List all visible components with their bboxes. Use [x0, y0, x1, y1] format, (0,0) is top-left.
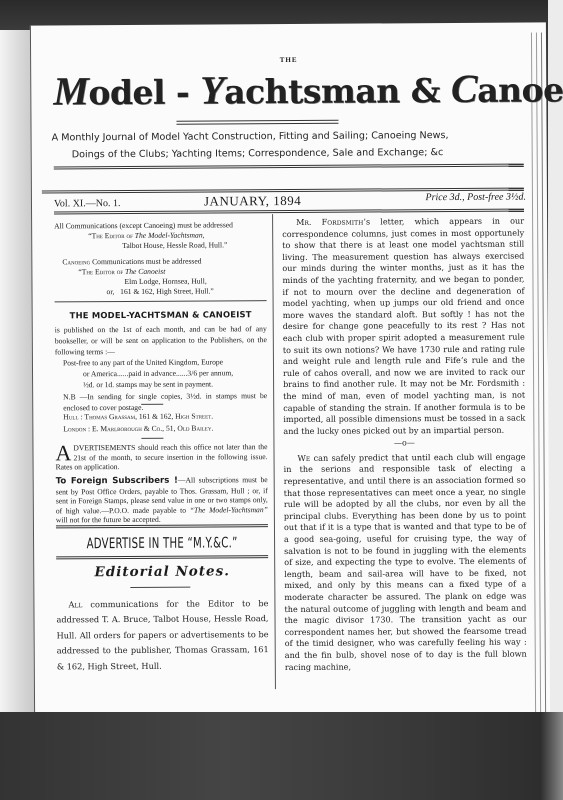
article-paragraph: We can safely predict that until each cl… [284, 451, 527, 673]
masthead-subtitle: A Monthly Journal of Model Yacht Constru… [52, 127, 532, 164]
section-separator: —o— [283, 437, 525, 450]
column-divider [272, 214, 276, 689]
editorial-notes-heading: Editorial Notes. [56, 563, 268, 580]
article-paragraph: Mr. Fordsmith’s letter, which appears in… [282, 216, 525, 438]
title-underline [176, 120, 338, 125]
page-edge-line [541, 32, 546, 712]
publishers-block: Hull : Thomas Grassam, 161 & 162, High S… [55, 410, 267, 434]
scanner-border-right [548, 0, 563, 800]
publication-info: is published on the 1st of each month, a… [55, 323, 268, 413]
scanner-border-left [0, 30, 34, 712]
divider [130, 587, 190, 588]
advertise-rule-top [56, 524, 268, 528]
divider [55, 300, 267, 302]
editorial-notes-body: All communications for the Editor to be … [56, 596, 268, 674]
advertisements-notice: ADVERTISEMENTS should reach this office … [55, 442, 267, 472]
page-edge-line [531, 33, 536, 713]
issue-price: Price 3d., Post-free 3½d. [425, 192, 526, 204]
issue-date: JANUARY, 1894 [204, 193, 301, 210]
advertise-rule-bottom [56, 555, 268, 559]
page-edge-line [536, 32, 541, 712]
scanner-border-bottom [0, 712, 563, 800]
editorial-article: Mr. Fordsmith’s letter, which appears in… [282, 216, 527, 674]
divider [141, 438, 163, 439]
communications-block: All Communications (except Canoeing) mus… [54, 220, 266, 297]
volume-number: Vol. XI.—No. 1. [54, 198, 121, 209]
foreign-subscribers-notice: To Foreign Subscribers !—All subscriptio… [56, 475, 268, 525]
rule-under-subtitle [54, 164, 524, 170]
magazine-page: THE Model - Yachtsman & Canoeist. A Mont… [30, 22, 550, 715]
masthead-the: THE [31, 54, 546, 65]
advertise-banner: ADVERTISE IN THE “M.Y.&C.” [79, 535, 244, 552]
publication-heading: THE MODEL-YACHTSMAN & CANOEIST [55, 309, 267, 320]
masthead-title: Model - Yachtsman & Canoeist. [53, 65, 523, 115]
divider [141, 404, 163, 405]
